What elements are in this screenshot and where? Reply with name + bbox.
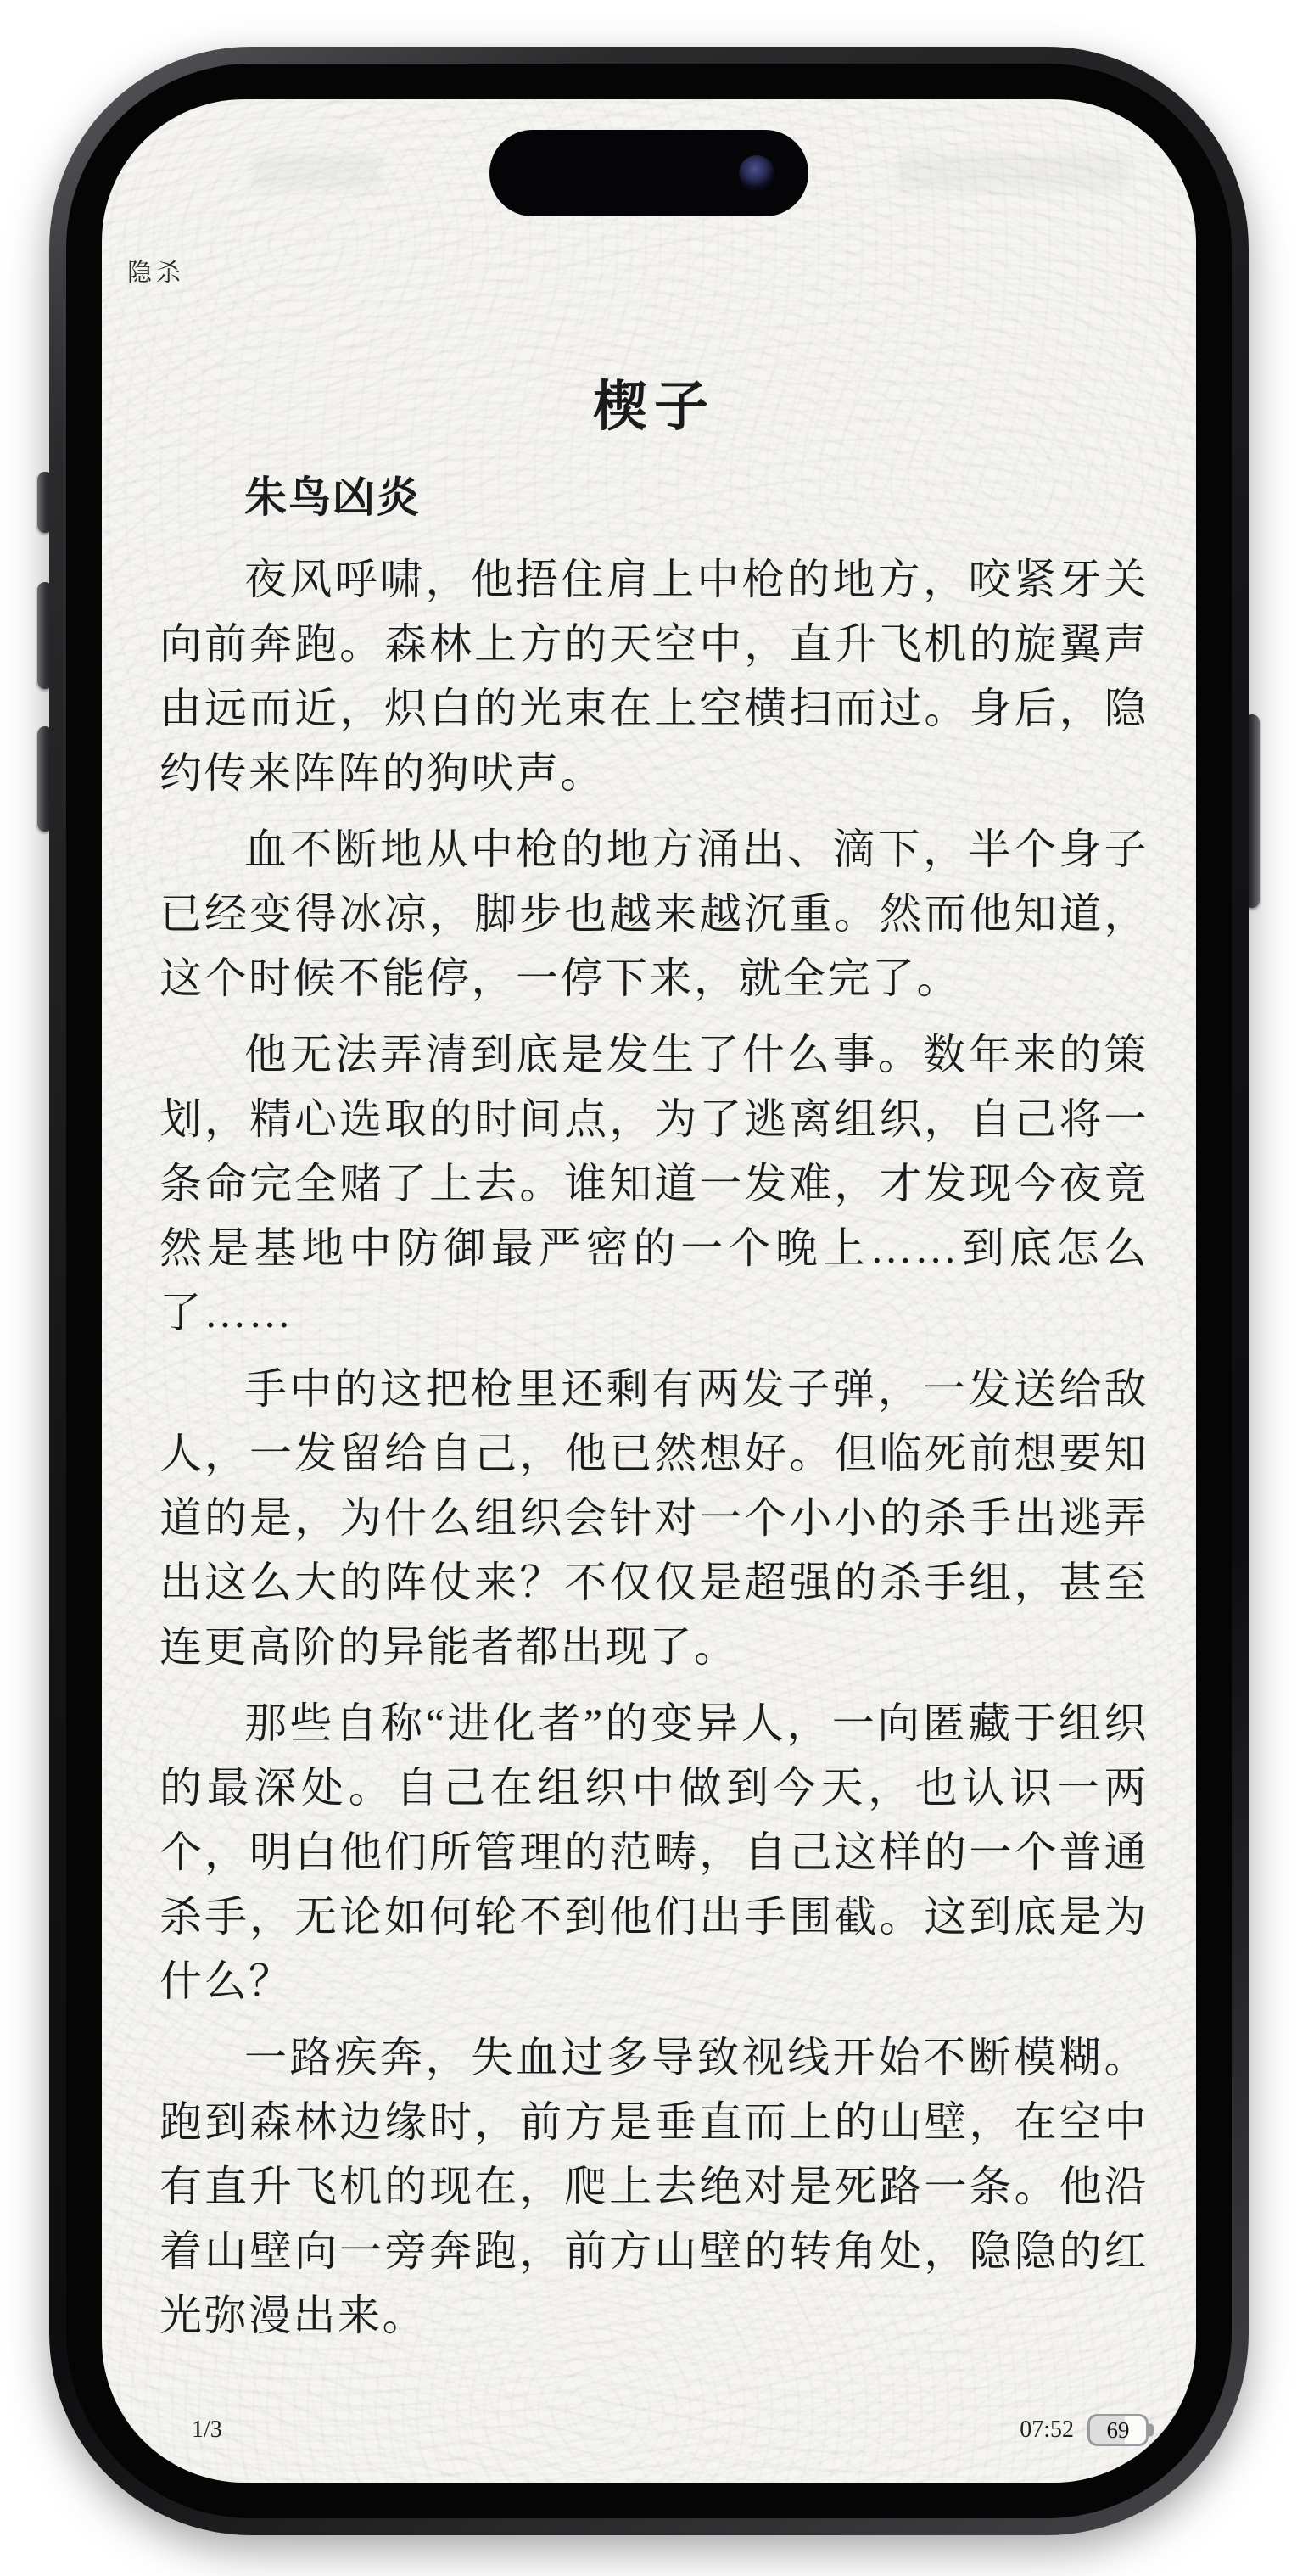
phone-bezel: 隐杀 楔子 朱鸟凶炎 夜风呼啸，他捂住肩上中枪的地方，咬紧牙关向前奔跑。森林上方…	[66, 64, 1232, 2518]
page-background: 隐杀 楔子 朱鸟凶炎 夜风呼啸，他捂住肩上中枪的地方，咬紧牙关向前奔跑。森林上方…	[0, 0, 1297, 2576]
chapter-title: 楔子	[159, 99, 1149, 442]
reader-page[interactable]: 隐杀 楔子 朱鸟凶炎 夜风呼啸，他捂住肩上中枪的地方，咬紧牙关向前奔跑。森林上方…	[102, 99, 1196, 2483]
reader-content[interactable]: 楔子 朱鸟凶炎 夜风呼啸，他捂住肩上中枪的地方，咬紧牙关向前奔跑。森林上方的天空…	[102, 99, 1196, 2483]
paragraph: 那些自称“进化者”的变异人，一向匿藏于组织的最深处。自己在组织中做到今天，也认识…	[159, 1691, 1149, 2013]
footer-status: 07:52 69	[1020, 2414, 1149, 2446]
battery-percent: 69	[1090, 2416, 1146, 2444]
paragraph: 手中的这把枪里还剩有两发子弹，一发送给敌人，一发留给自己，他已然想好。但临死前想…	[159, 1357, 1149, 1679]
reader-footer: 1/3 07:52 69	[102, 2414, 1196, 2446]
section-heading: 朱鸟凶炎	[159, 471, 1149, 524]
phone-frame: 隐杀 楔子 朱鸟凶炎 夜风呼啸，他捂住肩上中枪的地方，咬紧牙关向前奔跑。森林上方…	[49, 47, 1249, 2535]
clock-time: 07:52	[1020, 2416, 1074, 2444]
paragraph: 一路疾奔，失血过多导致视线开始不断模糊。跑到森林边缘时，前方是垂直而上的山壁，在…	[159, 2025, 1149, 2348]
page-indicator: 1/3	[192, 2416, 222, 2444]
body-text: 夜风呼啸，他捂住肩上中枪的地方，咬紧牙关向前奔跑。森林上方的天空中，直升飞机的旋…	[159, 547, 1149, 2348]
paragraph: 夜风呼啸，他捂住肩上中枪的地方，咬紧牙关向前奔跑。森林上方的天空中，直升飞机的旋…	[159, 547, 1149, 805]
paragraph: 血不断地从中枪的地方涌出、滴下，半个身子已经变得冰凉，脚步也越来越沉重。然而他知…	[159, 817, 1149, 1011]
battery-nub	[1149, 2424, 1154, 2437]
battery-icon: 69	[1087, 2414, 1149, 2446]
paragraph: 他无法弄清到底是发生了什么事。数年来的策划，精心选取的时间点，为了逃离组织，自己…	[159, 1022, 1149, 1345]
